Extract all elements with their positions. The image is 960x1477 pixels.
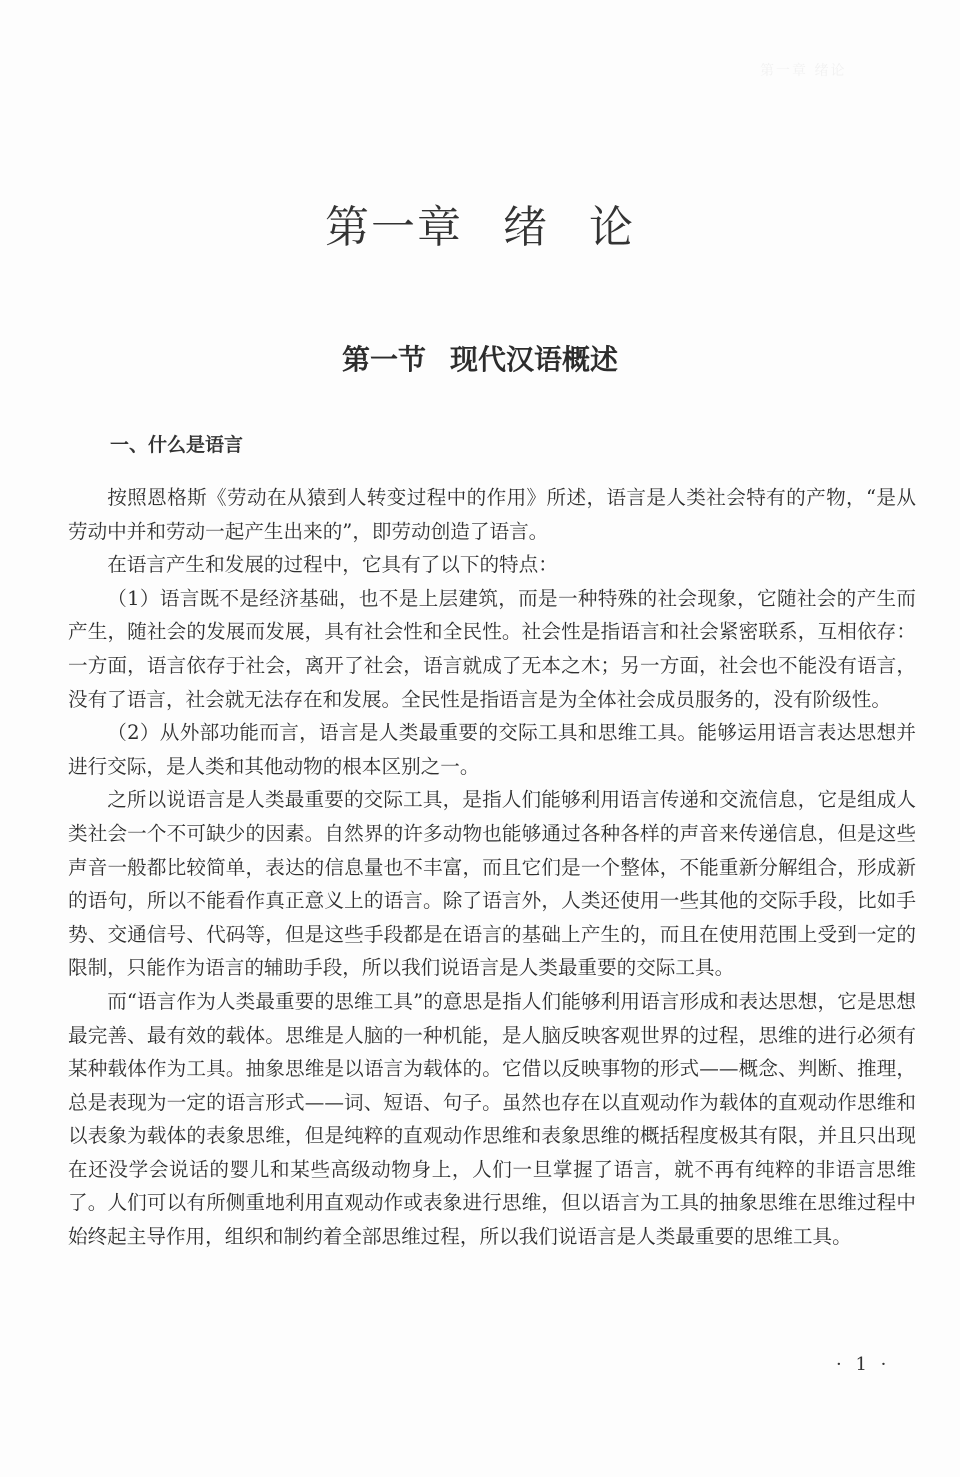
body-text: 按照恩格斯《劳动在从猿到人转变过程中的作用》所述，语言是人类社会特有的产物，“是… — [68, 481, 916, 1254]
chapter-title-char-2: 论 — [589, 202, 635, 253]
section-name: 现代汉语概述 — [450, 343, 618, 376]
chapter-title-char-1: 绪 — [503, 202, 549, 253]
paragraph-communication-tool: 之所以说语言是人类最重要的交际工具，是指人们能够利用语言传递和交流信息，它是组成… — [68, 783, 916, 985]
paragraph-thinking-tool: 而“语言作为人类最重要的思维工具”的意思是指人们能够利用语言形成和表达思想，它是… — [68, 985, 916, 1254]
chapter-number: 第一章 — [325, 202, 463, 253]
subsection-title: 一、什么是语言 — [110, 431, 243, 459]
paragraph-point-1: （1）语言既不是经济基础，也不是上层建筑，而是一种特殊的社会现象，它随社会的产生… — [68, 582, 916, 716]
chapter-title: 第一章绪论 — [0, 200, 960, 256]
paragraph-characteristics-intro: 在语言产生和发展的过程中，它具有了以下的特点： — [68, 548, 916, 582]
bleed-through-text: 第一章 绪论 — [760, 60, 920, 76]
paragraph-origin: 按照恩格斯《劳动在从猿到人转变过程中的作用》所述，语言是人类社会特有的产物，“是… — [68, 481, 916, 548]
section-number: 第一节 — [342, 343, 426, 376]
book-page: 第一章 绪论 第一章绪论 第一节现代汉语概述 一、什么是语言 按照恩格斯《劳动在… — [0, 0, 960, 1477]
paragraph-point-2: （2）从外部功能而言，语言是人类最重要的交际工具和思维工具。能够运用语言表达思想… — [68, 716, 916, 783]
page-number: · 1 · — [836, 1354, 890, 1375]
section-title: 第一节现代汉语概述 — [0, 340, 960, 380]
